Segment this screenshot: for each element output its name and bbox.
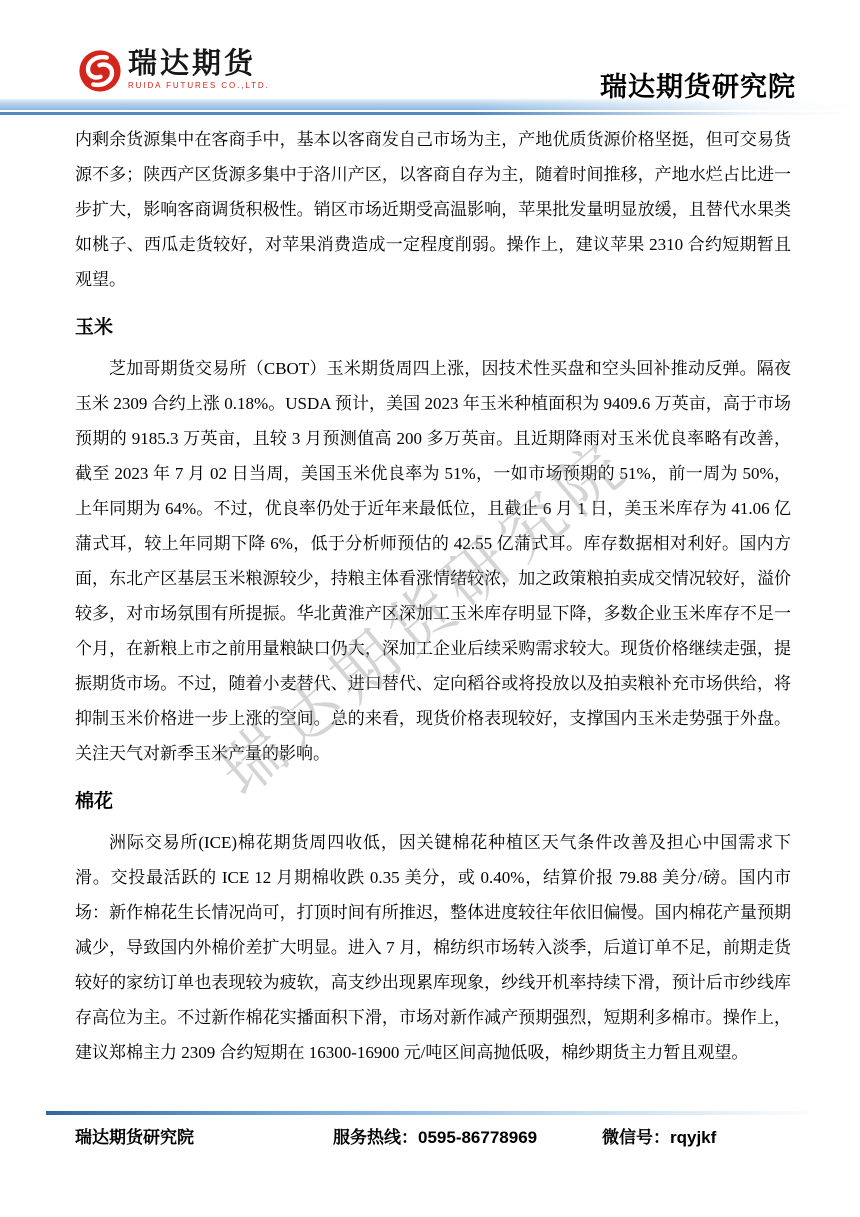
header-divider-fade	[0, 99, 860, 116]
footer-institute: 瑞达期货研究院	[75, 1123, 194, 1148]
footer-hotline: 服务热线：0595-86778969	[333, 1123, 537, 1148]
logo-text-block: 瑞达期货 RUIDA FUTURES CO.,LTD.	[128, 48, 270, 90]
cotton-paragraph: 洲际交易所(ICE)棉花期货周四收低，因关键棉花种植区天气条件改善及担心中国需求…	[75, 825, 791, 1070]
ruida-logo-icon	[77, 48, 123, 94]
header-divider	[0, 99, 860, 116]
corn-heading: 玉米	[75, 314, 791, 342]
report-page: 瑞达期货 RUIDA FUTURES CO.,LTD. 瑞达期货研究院 内剩余货…	[0, 0, 860, 1217]
logo-brand-text: 瑞达期货	[128, 48, 270, 80]
footer-divider	[46, 1111, 815, 1115]
logo-subtitle-text: RUIDA FUTURES CO.,LTD.	[128, 81, 270, 90]
corn-paragraph: 芝加哥期货交易所（CBOT）玉米期货周四上涨，因技术性买盘和空头回补推动反弹。隔…	[75, 351, 791, 771]
footer-wechat-id: 微信号：rqyjkf	[602, 1123, 716, 1148]
report-body: 内剩余货源集中在客商手中，基本以客商发自己市场为主，产地优质货源价格坚挺，但可交…	[75, 122, 791, 1070]
ruida-logo: 瑞达期货 RUIDA FUTURES CO.,LTD.	[77, 48, 270, 94]
cotton-heading: 棉花	[75, 788, 791, 816]
apple-paragraph: 内剩余货源集中在客商手中，基本以客商发自己市场为主，产地优质货源价格坚挺，但可交…	[75, 122, 791, 297]
